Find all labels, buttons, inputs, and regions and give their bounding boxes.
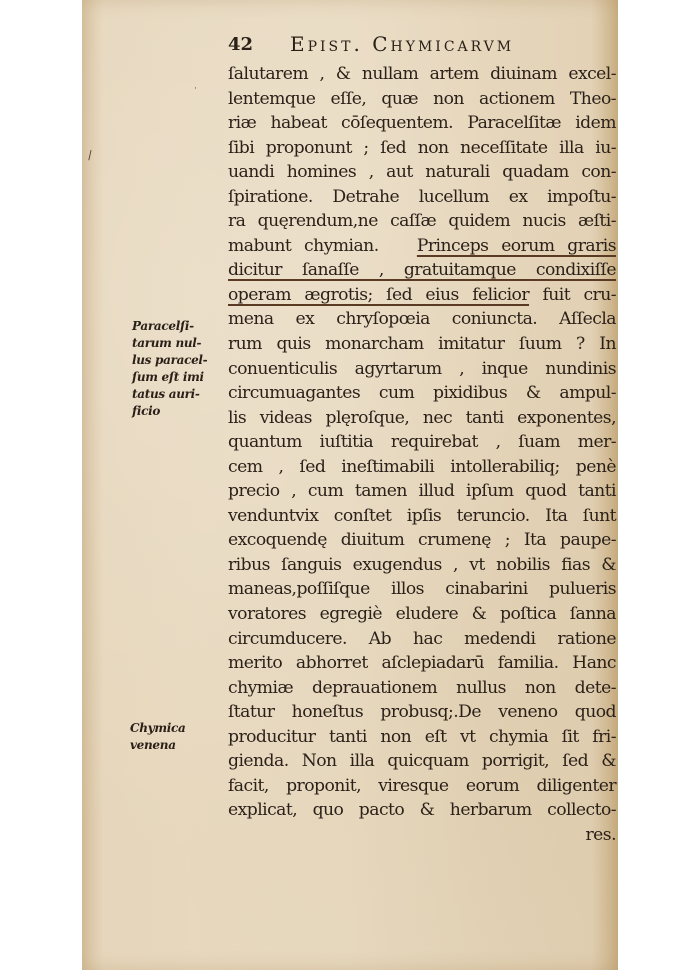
- text-line: circumuagantes cum pixidibus & ampul-: [228, 381, 616, 406]
- text-line: ſalutarem , & nullam artem diuinam excel…: [228, 62, 616, 87]
- ink-mark: \: [85, 148, 96, 162]
- ink-mark: ·: [194, 84, 197, 94]
- margin-note-line: tatus auri-: [132, 386, 210, 403]
- margin-note-line: Chymica: [130, 720, 200, 737]
- text-line: mabunt chymian. Princeps eorum graris: [228, 234, 616, 259]
- text-line: gienda. Non illa quicquam porrigit, ſed …: [228, 749, 616, 774]
- text-line: riæ habeat cōſequentem. Paracelſitæ idem: [228, 111, 616, 136]
- text-line: ſpiratione. Detrahe lucellum ex impoſtu-: [228, 185, 616, 210]
- book-page: · \ 42 Epist. Chymicarvm ſalutarem , & n…: [82, 0, 618, 970]
- text-line: rum quis monarcham imitatur ſuum ? In: [228, 332, 616, 357]
- underlined-passage: Princeps eorum graris: [417, 236, 616, 256]
- text-line: ribus ſanguis exugendus , vt nobilis fia…: [228, 553, 616, 578]
- text-line: chymiæ deprauationem nullus non dete-: [228, 676, 616, 701]
- text-line: maneas,poſſiſque illos cinabarini puluer…: [228, 577, 616, 602]
- margin-note-line: ficio: [132, 403, 210, 420]
- text-span: mabunt chymian.: [228, 236, 379, 256]
- text-line: ſibi proponunt ; ſed non neceſſitate ill…: [228, 136, 616, 161]
- text-line: facit, proponit, viresque eorum diligent…: [228, 774, 616, 799]
- text-line: lis videas plęroſque, nec tanti exponent…: [228, 406, 616, 431]
- running-header: 42 Epist. Chymicarvm: [228, 32, 618, 58]
- catchword: res.: [228, 823, 616, 848]
- running-title: Epist. Chymicarvm: [290, 32, 514, 56]
- underlined-passage: dicitur ſanaſſe , gratuitamque condixiſſ…: [228, 260, 616, 280]
- margin-note-line: lus paracel-: [132, 352, 210, 369]
- text-line: cem , ſed ineſtimabili intollerabiliq; p…: [228, 455, 616, 480]
- text-line: precio , cum tamen illud ipſum quod tant…: [228, 479, 616, 504]
- text-line: lentemque eſſe, quæ non actionem Theo-: [228, 87, 616, 112]
- text-span: fuit cru-: [542, 285, 616, 305]
- margin-note-chymica-venena: Chymica venena: [130, 720, 200, 754]
- text-line: dicitur ſanaſſe , gratuitamque condixiſſ…: [228, 258, 616, 283]
- body-text: ſalutarem , & nullam artem diuinam excel…: [228, 62, 616, 848]
- text-line: ra quęrendum,ne caſſæ quidem nucis æſti-: [228, 209, 616, 234]
- margin-note-paracelsitarum: Paracelſi- tarum nul- lus paracel- ſum e…: [132, 318, 210, 420]
- text-line: conuenticulis agyrtarum , inque nundinis: [228, 357, 616, 382]
- text-line: merito abhorret aſclepiadarū familia. Ha…: [228, 651, 616, 676]
- text-line: uandi homines , aut naturali quadam con-: [228, 160, 616, 185]
- text-line: ſtatur honeſtus probusq;.De veneno quod: [228, 700, 616, 725]
- margin-note-line: venena: [130, 737, 200, 754]
- text-line: circumducere. Ab hac medendi ratione: [228, 627, 616, 652]
- text-line: mena ex chryſopœia coniuncta. Aſſecla: [228, 307, 616, 332]
- text-line: operam ægrotis; ſed eius felicior fuit c…: [228, 283, 616, 308]
- margin-note-line: tarum nul-: [132, 335, 210, 352]
- page-number: 42: [228, 34, 253, 55]
- margin-note-line: ſum eſt imi: [132, 369, 210, 386]
- margin-note-line: Paracelſi-: [132, 318, 210, 335]
- text-line: excoquendę diuitum crumenę ; Ita paupe-: [228, 528, 616, 553]
- text-line: quantum iuſtitia requirebat , ſuam mer-: [228, 430, 616, 455]
- underlined-passage: operam ægrotis; ſed eius felicior: [228, 285, 529, 305]
- text-line: venduntvix conſtet ipſis teruncio. Ita ſ…: [228, 504, 616, 529]
- text-line: producitur tanti non eſt vt chymia ſit f…: [228, 725, 616, 750]
- text-line: voratores egregiè eludere & poſtica ſann…: [228, 602, 616, 627]
- text-line: explicat, quo pacto & herbarum collecto-: [228, 798, 616, 823]
